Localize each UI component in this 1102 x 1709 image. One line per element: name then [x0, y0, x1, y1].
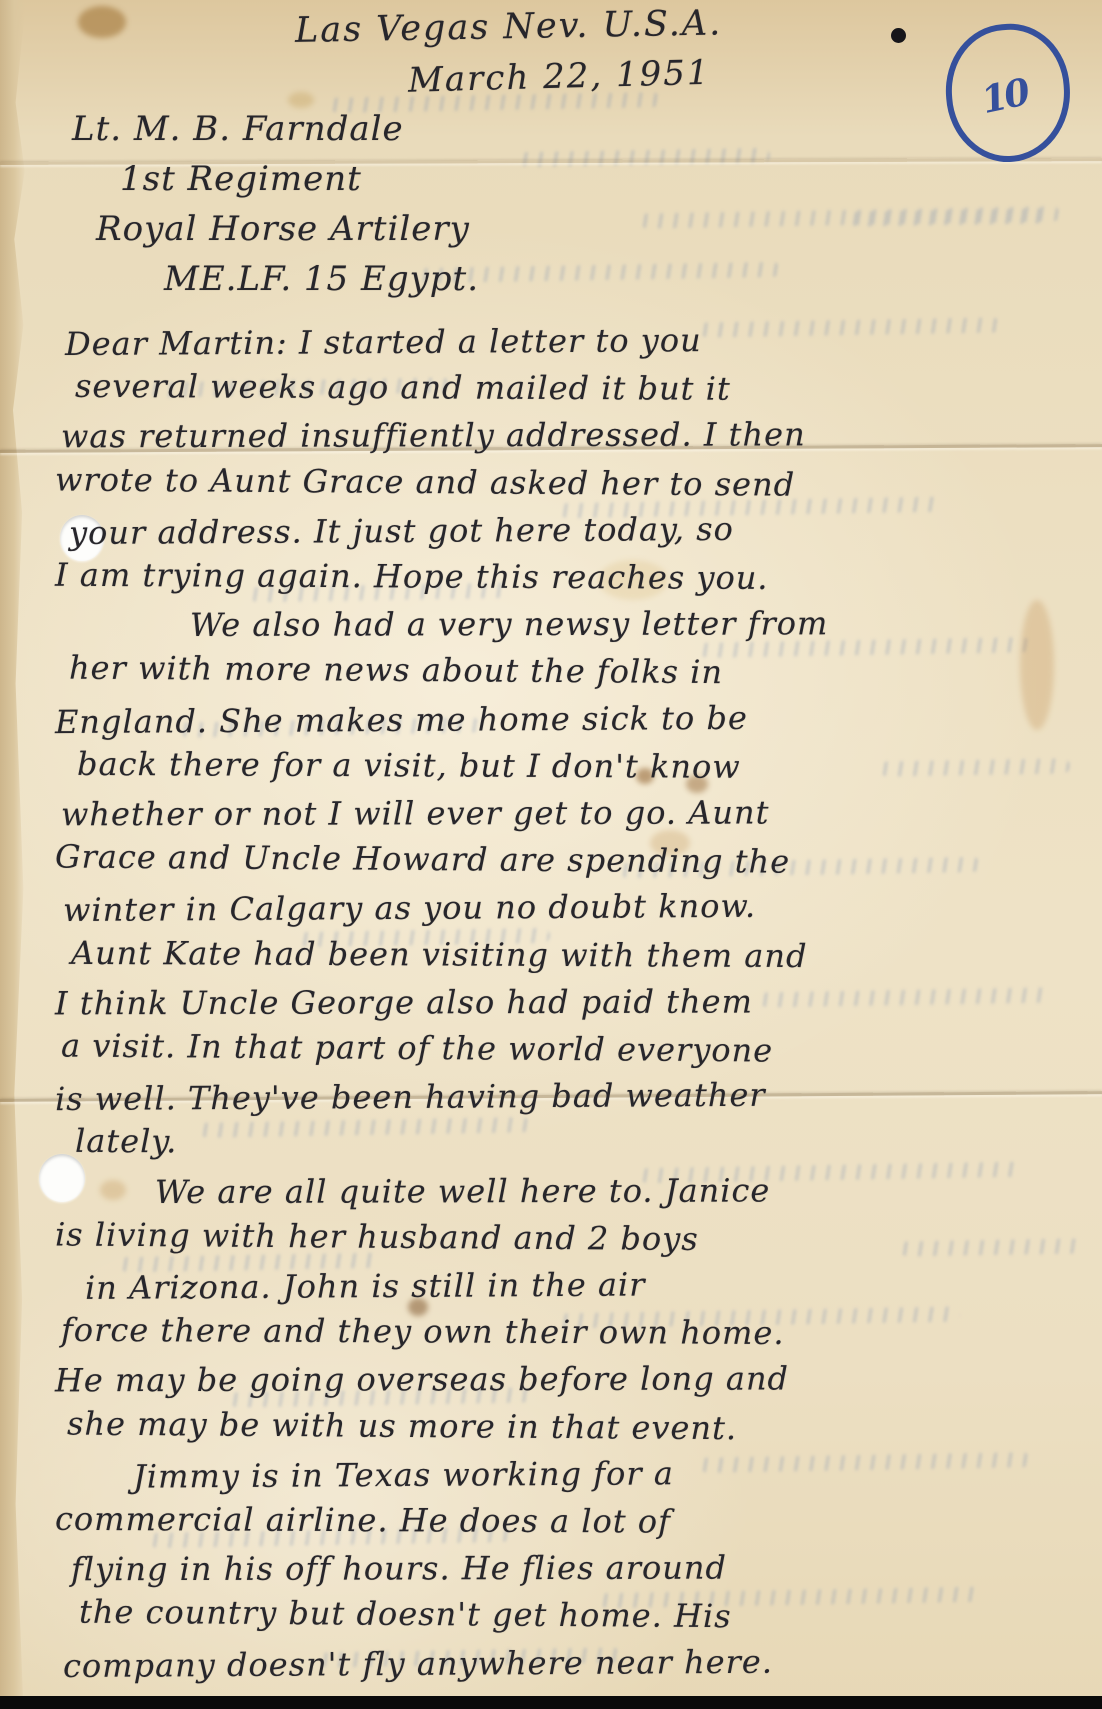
ghost-writing-line [850, 208, 1050, 226]
recipient-address-block: Lt. M. B. Farndale1st RegimentRoyal Hors… [72, 104, 632, 304]
letter-body-line: several weeks ago and mailed it but it [55, 363, 1065, 415]
page-number: 10 [978, 70, 1032, 122]
address-line: 1st Regiment [72, 154, 632, 204]
address-line: Lt. M. B. Farndale [72, 104, 632, 154]
letter-body-line: I am trying again. Hope this reaches you… [55, 552, 1065, 604]
letter-body-line: England. She makes me home sick to be [55, 693, 1065, 746]
letter-body-line: We are all quite well here to. Janice [55, 1166, 1065, 1216]
letter-body-line: whether or not I will ever get to go. Au… [55, 789, 1065, 839]
letter-body-line: Dear Martin: I started a letter to you [55, 315, 1065, 368]
letter-body-line: He may be going overseas before long and [55, 1355, 1065, 1405]
letter-body-line: your address. It just got here today, so [55, 504, 1065, 557]
letter-body-line: Jimmy is in Texas working for a [55, 1448, 1065, 1501]
letter-body-line: company doesn't fly anywhere near here. [55, 1637, 1065, 1690]
letter-body-line: flying in his off hours. He flies around [55, 1544, 1065, 1594]
letter-body-line: We also had a very newsy letter from [55, 600, 1065, 650]
address-line: ME.LF. 15 Egypt. [72, 254, 632, 304]
letter-body-line: force there and they own their own home. [55, 1307, 1065, 1359]
letter-body-line: winter in Calgary as you no doubt know. [55, 881, 1065, 934]
letter-body-line: her with more news about the folks in [55, 645, 1065, 699]
letter-body-line: wrote to Aunt Grace and asked her to sen… [55, 456, 1065, 510]
letter-body-line: commercial airline. He does a lot of [55, 1496, 1065, 1548]
scanner-edge-strip [0, 1696, 1102, 1709]
ink-dot [891, 28, 906, 43]
letter-body-line: a visit. In that part of the world every… [55, 1023, 1065, 1077]
scanned-letter-page: Las Vegas Nev. U.S.A. March 22, 1951 10 … [0, 0, 1102, 1709]
letter-body-line: I think Uncle George also had paid them [55, 978, 1065, 1028]
letter-date-line: March 22, 1951 [408, 51, 769, 100]
letter-body-line: Aunt Kate had been visiting with them an… [55, 929, 1065, 981]
letter-body: Dear Martin: I started a letter to youse… [55, 318, 1065, 1687]
letter-body-line: Grace and Uncle Howard are spending the [55, 834, 1065, 888]
letter-body-line: she may be with us more in that event. [55, 1400, 1065, 1454]
letter-body-line: is living with her husband and 2 boys [55, 1211, 1065, 1265]
paper-stain [78, 6, 126, 38]
letter-body-line: was returned insuffiently addressed. I t… [55, 411, 1065, 461]
torn-paper-edge [0, 0, 26, 1709]
letter-body-line: lately. [55, 1118, 1065, 1170]
letter-body-line: in Arizona. John is still in the air [55, 1259, 1065, 1312]
letter-body-line: the country but doesn't get home. His [55, 1589, 1065, 1643]
address-line: Royal Horse Artilery [72, 204, 632, 254]
letter-location-line: Las Vegas Nev. U.S.A. [295, 1, 856, 51]
page-number-circle: 10 [941, 20, 1074, 166]
letter-body-line: back there for a visit, but I don't know [55, 741, 1065, 793]
letter-body-line: is well. They've been having bad weather [55, 1070, 1065, 1123]
